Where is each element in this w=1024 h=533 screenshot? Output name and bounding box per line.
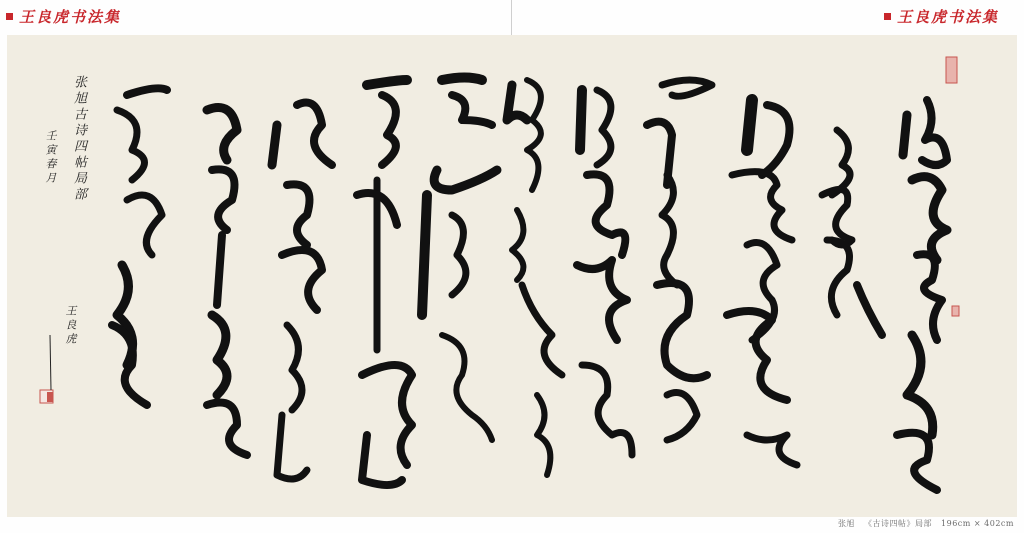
cursive-calligraphy-strokes <box>7 35 1017 517</box>
artist-signature: 王良虎 <box>62 305 78 347</box>
book-title-text-right: 王良虎书法集 <box>897 6 999 27</box>
inscription-main: 张旭古诗四帖局部 <box>69 75 88 203</box>
caption-work: 《古诗四帖》局部 <box>864 519 932 528</box>
caption-size: 196cm × 402cm <box>941 519 1014 528</box>
book-title-right: 王良虎书法集 <box>884 5 999 27</box>
page-spread-divider <box>511 0 512 36</box>
red-square-bullet-icon <box>884 13 891 20</box>
small-seal-right-middle <box>952 306 959 316</box>
book-title-text-left: 王良虎书法集 <box>19 6 121 27</box>
leisure-seal-top-right <box>946 57 957 83</box>
red-square-bullet-icon <box>6 13 13 20</box>
inscription-date: 壬寅春月 <box>42 130 58 186</box>
caption-author: 张旭 <box>838 519 855 528</box>
book-title-left: 王良虎书法集 <box>6 5 121 27</box>
calligraphy-artwork: 张旭古诗四帖局部 壬寅春月 王良虎 <box>7 35 1017 517</box>
artwork-caption: 张旭 《古诗四帖》局部 196cm × 402cm <box>832 518 1014 529</box>
